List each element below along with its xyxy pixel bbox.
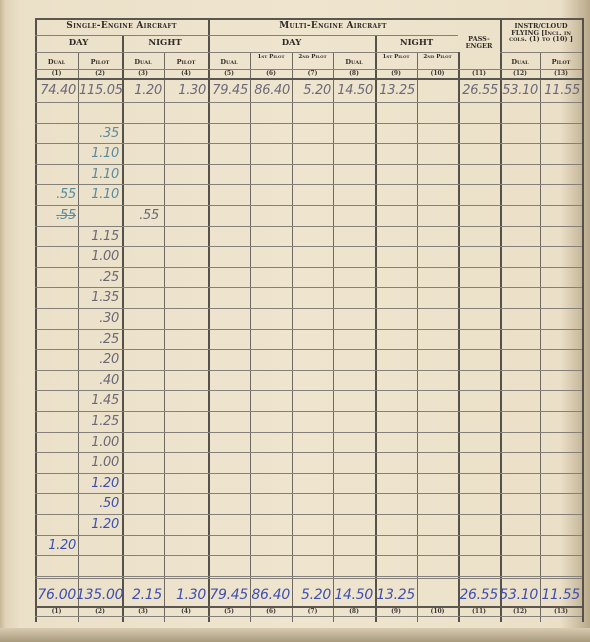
header-me-day: DAY <box>208 39 375 48</box>
page-fold <box>0 0 6 642</box>
total-value: 79.45 <box>206 587 248 603</box>
brought-forward-value: 1.30 <box>165 83 206 98</box>
column-header-dual: Dual <box>208 59 250 66</box>
entry-se-day-pilot: .30 <box>79 311 119 326</box>
brought-forward-value: 5.20 <box>293 83 331 98</box>
row-rule <box>35 493 582 494</box>
row-rule <box>35 102 582 103</box>
column-rule <box>292 52 293 622</box>
entry-se-day-pilot: 1.20 <box>79 476 119 491</box>
entry-se-day-pilot: 1.10 <box>79 167 119 182</box>
entry-se-day-pilot: 1.25 <box>79 414 119 429</box>
total-value: 76.00 <box>33 587 76 603</box>
entry-se-day-pilot: .25 <box>79 332 119 347</box>
total-value: 1.30 <box>162 587 206 603</box>
row-rule <box>35 370 582 371</box>
column-header-pilot: Pilot <box>540 59 582 66</box>
row-rule <box>35 555 582 556</box>
column-header-second-pilot: 2nd Pilot <box>417 55 458 61</box>
column-number-footer: (10) <box>417 608 458 615</box>
entry-se-day-dual: .55 <box>36 208 76 223</box>
total-value: 135.00 <box>76 587 120 603</box>
entry-se-day-pilot: 1.15 <box>79 229 119 244</box>
header-single-engine: Single-Engine Aircraft <box>35 22 208 31</box>
column-number: (9) <box>375 70 417 77</box>
column-number-footer: (3) <box>122 608 164 615</box>
column-rule <box>164 52 165 622</box>
row-rule <box>35 308 582 309</box>
row-rule <box>35 246 582 247</box>
entry-se-day-dual: 1.20 <box>36 538 76 553</box>
column-number-footer: (12) <box>500 608 540 615</box>
brought-forward-value: 1.20 <box>123 83 162 98</box>
row-rule <box>35 205 582 206</box>
header-se-day: DAY <box>35 39 122 48</box>
brought-forward-value: 13.25 <box>376 83 415 98</box>
header-instr-cloud: INSTR/CLOUD FLYING [Incl. in cols. (1) t… <box>503 23 579 43</box>
column-rule <box>417 52 418 622</box>
column-number-footer: (8) <box>333 608 375 615</box>
total-value: 11.55 <box>538 587 580 603</box>
column-number: (3) <box>122 70 164 77</box>
column-number: (12) <box>500 70 540 77</box>
row-rule <box>35 514 582 515</box>
row-rule <box>35 123 582 124</box>
entry-se-day-pilot: 1.00 <box>79 455 119 470</box>
column-number: (2) <box>78 70 122 77</box>
column-number-footer: (2) <box>78 608 122 615</box>
column-header-dual: Dual <box>500 59 540 66</box>
total-value: 13.25 <box>373 587 415 603</box>
total-value: 2.15 <box>120 587 162 603</box>
entry-se-day-pilot: 1.10 <box>79 146 119 161</box>
column-header-dual: Dual <box>35 59 78 66</box>
row-rule <box>35 535 582 536</box>
page-bottom-edge <box>0 628 590 642</box>
row-rule <box>35 287 582 288</box>
flight-time-grid: Single-Engine AircraftMulti-Engine Aircr… <box>35 18 582 622</box>
column-header-first-pilot: 1st Pilot <box>375 55 417 61</box>
row-rule <box>35 184 582 185</box>
column-rule <box>500 18 502 622</box>
entry-se-day-pilot: .25 <box>79 270 119 285</box>
row-rule <box>35 578 582 579</box>
entry-se-day-pilot: .35 <box>79 126 119 141</box>
column-rule <box>208 18 210 622</box>
row-rule <box>35 226 582 227</box>
column-rule <box>540 52 541 622</box>
column-number: (13) <box>540 70 582 77</box>
column-rule <box>35 18 37 622</box>
column-header-dual: Dual <box>122 59 164 66</box>
column-number: (6) <box>250 70 292 77</box>
header-rule-colnum <box>35 78 582 80</box>
row-rule <box>35 432 582 433</box>
entry-se-day-pilot: 1.00 <box>79 435 119 450</box>
column-header-pilot: Pilot <box>164 59 208 66</box>
entry-se-day-dual: .55 <box>36 187 76 202</box>
column-number: (8) <box>333 70 375 77</box>
total-value: 53.10 <box>498 587 538 603</box>
column-number: (4) <box>164 70 208 77</box>
brought-forward-value: 26.55 <box>459 83 498 98</box>
column-number-footer: (7) <box>292 608 333 615</box>
header-rule-subgroup <box>35 52 458 53</box>
header-se-night: NIGHT <box>122 39 208 48</box>
entry-se-day-pilot: 1.00 <box>79 249 119 264</box>
column-number: (7) <box>292 70 333 77</box>
column-rule <box>582 18 584 622</box>
brought-forward-value: 14.50 <box>334 83 373 98</box>
brought-forward-value: 53.10 <box>501 83 538 98</box>
column-header-first-pilot: 1st Pilot <box>250 55 292 61</box>
entry-se-day-pilot: 1.10 <box>79 187 119 202</box>
column-header-dual: Dual <box>333 59 375 66</box>
column-rule <box>458 52 460 622</box>
total-value: 26.55 <box>456 587 498 603</box>
brought-forward-value: 86.40 <box>251 83 290 98</box>
column-number: (10) <box>417 70 458 77</box>
header-multi-engine: Multi-Engine Aircraft <box>208 22 458 31</box>
top-border <box>35 18 582 20</box>
column-number-footer: (4) <box>164 608 208 615</box>
brought-forward-value: 115.05 <box>79 83 120 98</box>
column-rule <box>250 52 251 622</box>
entry-se-day-pilot: 1.35 <box>79 290 119 305</box>
entry-se-day-pilot: 1.20 <box>79 517 119 532</box>
entry-se-day-pilot: .50 <box>79 496 119 511</box>
row-rule <box>35 164 582 165</box>
header-rule-group <box>35 35 458 36</box>
brought-forward-value: 74.40 <box>36 83 76 98</box>
total-value: 86.40 <box>248 587 290 603</box>
column-number: (5) <box>208 70 250 77</box>
column-header-second-pilot: 2nd Pilot <box>292 55 333 61</box>
logbook-page: Single-Engine AircraftMulti-Engine Aircr… <box>0 0 590 642</box>
row-rule <box>35 329 582 330</box>
entry-se-day-pilot: 1.45 <box>79 393 119 408</box>
column-number-footer: (11) <box>458 608 500 615</box>
column-header-pilot: Pilot <box>78 59 122 66</box>
total-value: 14.50 <box>331 587 373 603</box>
row-rule <box>35 411 582 412</box>
column-number-footer: (5) <box>208 608 250 615</box>
column-number-footer: (9) <box>375 608 417 615</box>
entry-se-day-pilot: .20 <box>79 352 119 367</box>
row-rule <box>35 143 582 144</box>
column-number-footer: (1) <box>35 608 78 615</box>
row-rule <box>35 267 582 268</box>
header-passenger: PASS- ENGER <box>458 36 500 49</box>
row-rule <box>35 390 582 391</box>
column-number-footer: (13) <box>540 608 582 615</box>
row-rule <box>35 473 582 474</box>
column-number-footer: (6) <box>250 608 292 615</box>
column-number: (11) <box>458 70 500 77</box>
entry-se-night-dual: .55 <box>123 208 159 223</box>
total-value: 5.20 <box>290 587 331 603</box>
row-rule <box>35 576 582 577</box>
row-rule <box>35 349 582 350</box>
brought-forward-value: 11.55 <box>541 83 580 98</box>
header-rule-instr <box>500 52 582 53</box>
row-rule <box>35 452 582 453</box>
entry-se-day-pilot: .40 <box>79 373 119 388</box>
brought-forward-value: 79.45 <box>209 83 248 98</box>
column-rule <box>333 52 334 622</box>
column-number: (1) <box>35 70 78 77</box>
bottom-border <box>35 616 582 617</box>
header-me-night: NIGHT <box>375 39 458 48</box>
